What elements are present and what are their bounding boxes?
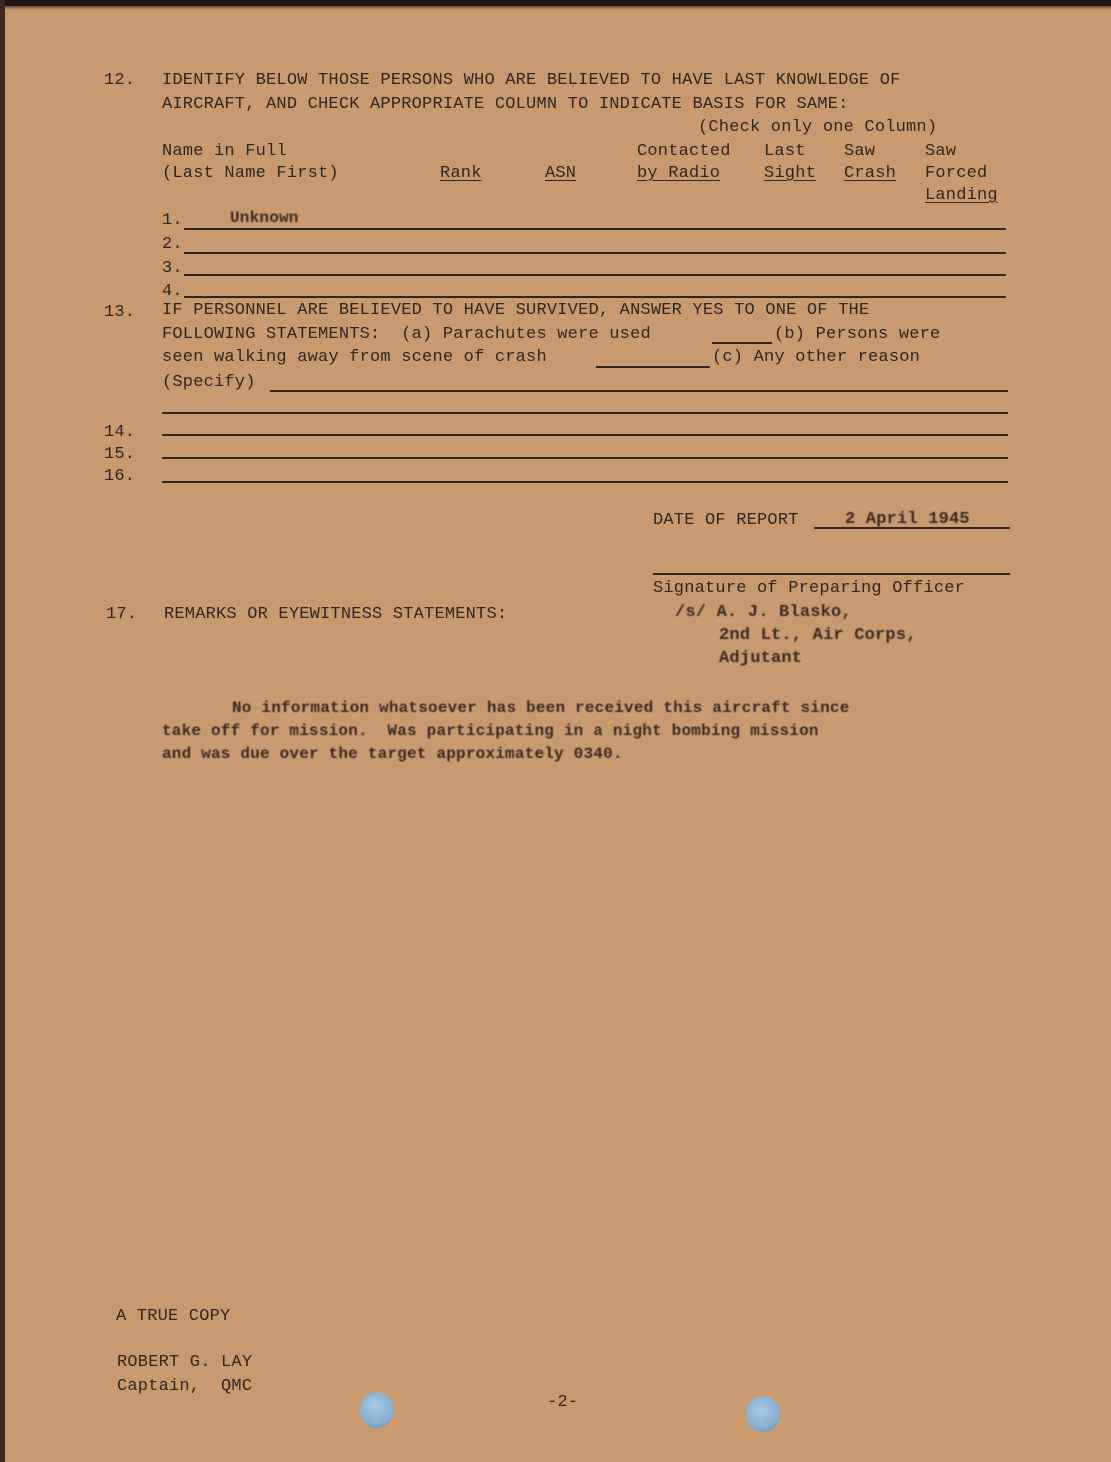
row-index: 2. [162,234,183,256]
col-sight-label: Last [764,141,806,163]
item-number: 15. [104,444,135,466]
page-number: -2- [547,1392,578,1414]
scan-top-shadow [0,6,1111,10]
q17-label: REMARKS OR EYEWITNESS STATEMENTS: [164,604,507,626]
row-line [184,228,1006,230]
date-of-report-label: DATE OF REPORT [653,510,799,532]
certifier-name: ROBERT G. LAY [117,1352,252,1374]
q12-line1: IDENTIFY BELOW THOSE PERSONS WHO ARE BEL… [162,70,901,92]
col-forced-sublabel-2: Landing [925,185,998,207]
answer-c-blank[interactable] [270,390,1008,392]
col-rank: Rank [440,163,482,185]
item-line[interactable] [162,457,1008,459]
q13-line4: (Specify) [162,372,256,394]
col-asn: ASN [545,163,576,185]
remarks-line3: and was due over the target approximatel… [162,743,623,765]
punch-hole-right [746,1396,780,1432]
remarks-line1: No information whatsoever has been recei… [232,697,850,719]
q13-line3a: seen walking away from scene of crash [162,347,547,369]
q12-line2: AIRCRAFT, AND CHECK APPROPRIATE COLUMN T… [162,94,849,116]
scan-left-edge [0,0,5,1462]
answer-a-blank[interactable] [712,342,772,344]
true-copy-label: A TRUE COPY [116,1306,230,1328]
signer-title: Adjutant [719,648,802,670]
col-crash-sublabel: Crash [844,163,896,185]
col-forced-sublabel: Forced [925,163,987,185]
row-index: 1. [162,210,183,232]
q13-number: 13. [104,302,135,324]
col-crash-label: Saw [844,141,875,163]
punch-hole-left [360,1392,394,1428]
item-number: 16. [104,466,135,488]
item-number: 14. [104,422,135,444]
signature-label: Signature of Preparing Officer [653,578,965,600]
row-index: 3. [162,258,183,280]
row-name[interactable]: Unknown [230,207,299,229]
col-sight-sublabel: Sight [764,163,816,185]
item-line[interactable] [162,434,1008,436]
col-name-sublabel: (Last Name First) [162,163,339,185]
q13-line1: IF PERSONNEL ARE BELIEVED TO HAVE SURVIV… [162,300,869,322]
item-line[interactable] [162,481,1008,483]
signer-rank: 2nd Lt., Air Corps, [719,625,917,647]
q17-number: 17. [106,604,137,626]
row-line[interactable] [184,296,1006,298]
q12-number: 12. [104,70,135,92]
certifier-title: Captain, QMC [117,1376,252,1398]
row-line[interactable] [184,252,1006,254]
col-radio-sublabel: by Radio [637,163,720,185]
q13-line2b: (b) Persons were [774,324,940,346]
col-forced-label: Saw [925,141,956,163]
row-line[interactable] [184,274,1006,276]
answer-c-blank-2[interactable] [162,412,1008,414]
q13-line2a: FOLLOWING STATEMENTS: (a) Parachutes wer… [162,324,651,346]
signature-line[interactable] [653,573,1010,575]
col-radio-label: Contacted [637,141,731,163]
date-line [814,527,1010,529]
remarks-line2: take off for mission. Was participating … [162,720,819,742]
answer-b-blank[interactable] [596,366,710,368]
q13-line3b: (c) Any other reason [712,347,920,369]
q12-check-note: (Check only one Column) [698,117,937,139]
col-name-label: Name in Full [162,141,287,163]
signer-name: /s/ A. J. Blasko, [675,602,852,624]
